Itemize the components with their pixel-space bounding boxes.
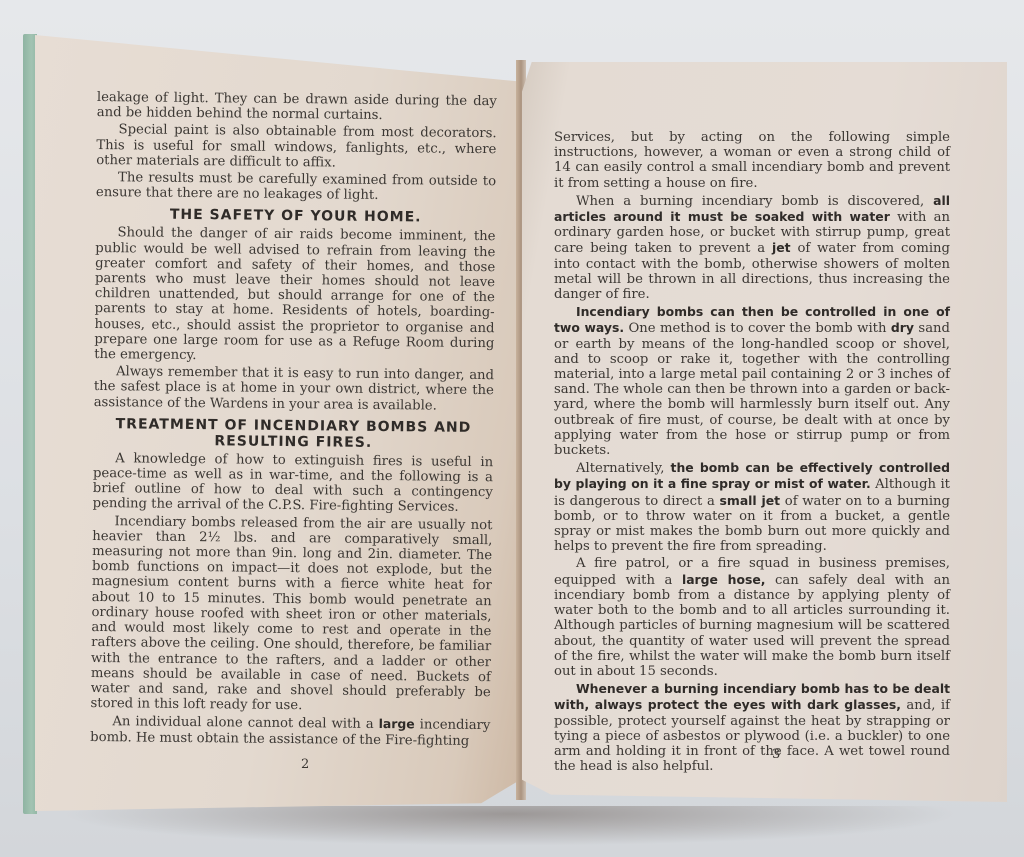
paragraph: Should the danger of air raids become im… [94, 225, 495, 366]
emphasis-text: Whenever a burning incendiary bomb has t… [554, 681, 950, 712]
paragraph: leakage of light. They can be drawn asid… [97, 90, 497, 125]
right-page: Services, but by acting on the following… [522, 62, 1007, 802]
paragraph: A knowledge of how to extinguish fires i… [93, 451, 494, 516]
paragraph: Incendiary bombs can then be controlled … [554, 304, 950, 458]
left-page-text: leakage of light. They can be drawn asid… [90, 90, 497, 751]
paragraph: Special paint is also obtainable from mo… [96, 122, 496, 172]
section-heading: THE SAFETY OF YOUR HOME. [96, 206, 496, 226]
paragraph: Alternatively, the bomb can be effective… [554, 460, 950, 554]
body-text: When a burning incendiary bomb is discov… [576, 194, 933, 209]
emphasis-text: small jet [720, 493, 781, 508]
emphasis-text: dry [891, 320, 914, 335]
body-text: sand or earth by means of the long-handl… [554, 321, 950, 458]
emphasis-text: large hose, [682, 572, 766, 587]
paragraph: When a burning incendiary bomb is discov… [554, 193, 950, 302]
emphasis-text: large [379, 716, 415, 731]
right-page-text: Services, but by acting on the following… [554, 130, 950, 776]
paragraph: A fire patrol, or a fire squad in busine… [554, 556, 950, 679]
paragraph: Always remember that it is easy to run i… [94, 364, 494, 414]
booklet-cover-edge [23, 34, 37, 814]
paragraph: Whenever a burning incendiary bomb has t… [554, 681, 950, 774]
paragraph: An individual alone cannot deal with a l… [90, 713, 490, 749]
page-number-right: 3 [772, 747, 780, 762]
section-heading: TREATMENT OF INCENDIARY BOMBS AND RESULT… [93, 416, 493, 452]
paragraph: The results must be carefully examined f… [96, 170, 496, 205]
page-number-left: 2 [301, 757, 309, 772]
body-text: Alternatively, [576, 461, 671, 476]
paragraph: Incendiary bombs released from the air a… [90, 514, 492, 716]
paragraph: Services, but by acting on the following… [554, 130, 950, 191]
left-page: leakage of light. They can be drawn asid… [35, 35, 520, 811]
emphasis-text: jet [772, 240, 791, 255]
table-shadow [60, 806, 960, 846]
body-text: One method is to cover the bomb with [624, 321, 891, 336]
body-text: can safely deal with an incendiary bomb … [554, 573, 950, 679]
